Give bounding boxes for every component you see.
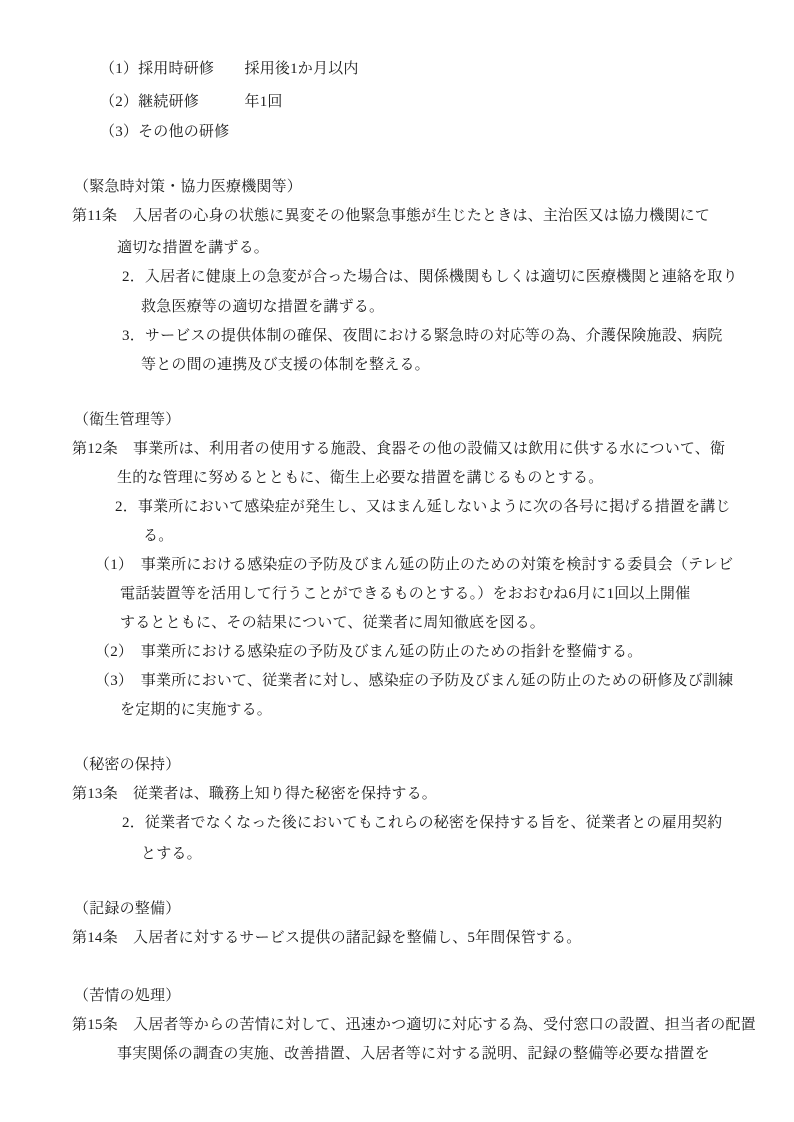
heading-complaints: （苦情の処理） (74, 988, 180, 1005)
article-12-item-2-line-1: 2．事業所において感染症が発生し、又はまん延しないように次の各号に掲げる措置を講… (115, 499, 731, 516)
training-item-1: （1）採用時研修 採用後1か月以内 (100, 61, 359, 78)
article-15-line-1: 第15条 入居者等からの苦情に対して、迅速かつ適切に対応する為、受付窓口の設置、… (72, 1017, 756, 1034)
article-12-no1-line-3: するとともに、その結果について、従業者に周知徹底を図る。 (120, 615, 545, 632)
article-12-no3-line-2: を定期的に実施する。 (120, 702, 272, 719)
heading-emergency: （緊急時対策・協力医療機関等） (74, 179, 302, 196)
article-11-line-2: 適切な措置を講ずる。 (117, 240, 269, 257)
article-11-item-2-line-2: 救急医療等の適切な措置を講ずる。 (141, 299, 384, 316)
article-12-no1-line-2: 電話装置等を活用して行うことができるものとする。）をおおむね6月に1回以上開催 (120, 586, 690, 603)
article-12-no1-line-1: （1） 事業所における感染症の予防及びまん延の防止のための対策を検討する委員会（… (95, 557, 733, 574)
article-12-line-2: 生的な管理に努めるとともに、衛生上必要な措置を講じるものとする。 (117, 470, 603, 487)
article-12-line-1: 第12条 事業所は、利用者の使用する施設、食器その他の設備又は飲用に供する水につ… (72, 441, 725, 458)
article-15-line-2: 事実関係の調査の実施、改善措置、入居者等に対する説明、記録の整備等必要な措置を (117, 1046, 710, 1063)
document-page: （1）採用時研修 採用後1か月以内（2）継続研修 年1回（3）その他の研修（緊急… (0, 0, 794, 1122)
article-14-line-1: 第14条 入居者に対するサービス提供の諸記録を整備し、5年間保管する。 (72, 930, 582, 947)
training-item-2: （2）継続研修 年1回 (100, 94, 283, 111)
article-13-item-2-line-1: 2．従業者でなくなった後においてもこれらの秘密を保持する旨を、従業者との雇用契約 (122, 815, 723, 832)
heading-confidentiality: （秘密の保持） (74, 757, 180, 774)
article-12-no2: （2） 事業所における感染症の予防及びまん延の防止のための指針を整備する。 (95, 644, 642, 661)
article-13-item-2-line-2: とする。 (141, 846, 202, 863)
training-item-3: （3）その他の研修 (100, 124, 229, 141)
article-11-line-1: 第11条 入居者の心身の状態に異変その他緊急事態が生じたときは、主治医又は協力機… (72, 208, 710, 225)
heading-records: （記録の整備） (74, 901, 180, 918)
article-12-no3-line-1: （3） 事業所において、従業者に対し、感染症の予防及びまん延の防止のための研修及… (95, 673, 733, 690)
article-11-item-2-line-1: 2．入居者に健康上の急変が合った場合は、関係機関もしくは適切に医療機関と連絡を取… (122, 269, 738, 286)
heading-hygiene: （衛生管理等） (74, 412, 180, 429)
article-11-item-3-line-2: 等との間の連携及び支援の体制を整える。 (141, 357, 430, 374)
article-12-item-2-line-2: る。 (143, 528, 173, 545)
article-13-line-1: 第13条 従業者は、職務上知り得た秘密を保持する。 (72, 786, 437, 803)
article-11-item-3-line-1: 3．サービスの提供体制の確保、夜間における緊急時の対応等の為、介護保険施設、病院 (122, 328, 723, 345)
